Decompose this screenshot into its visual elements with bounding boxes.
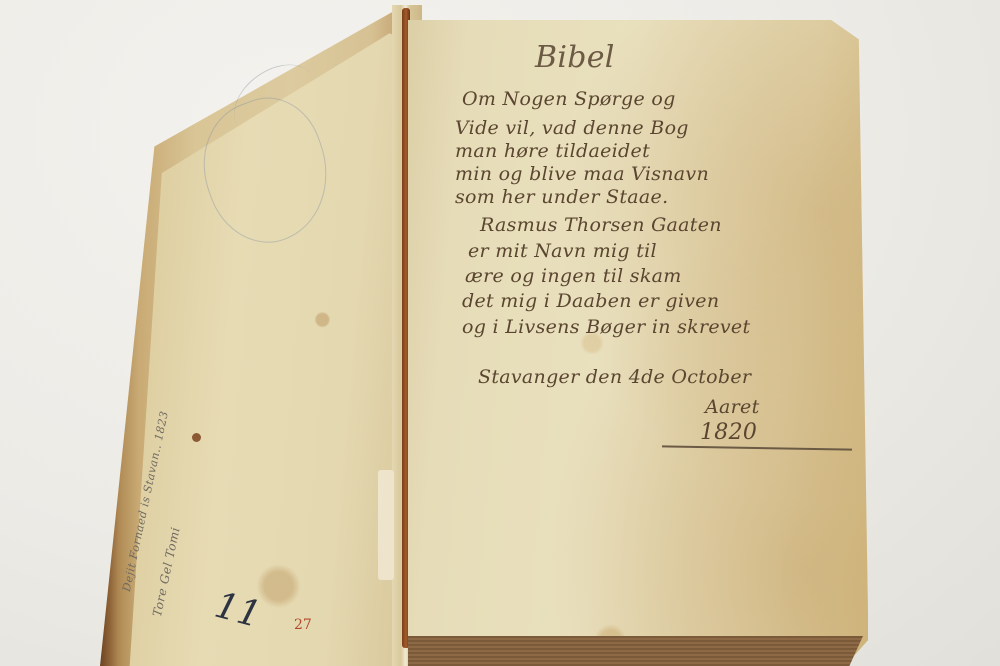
stain-spot [192,433,201,442]
inscription-line: Vide vil, vad denne Bog [455,117,689,139]
red-pencil-number: 27 [294,617,312,633]
inscription-line: Rasmus Thorsen Gaaten [480,214,722,236]
inscription-line: som her under Staae. [455,186,668,208]
inscription-line: det mig i Daaben er given [462,290,719,312]
inscription-line: min og blive maa Visnavn [455,163,709,185]
inscription-line: ære og ingen til skam [465,265,682,287]
repair-tape [378,470,394,580]
inscription-title: Bibel [535,40,615,75]
inscription-line: man høre tildaeidet [455,140,650,162]
inscription-line: Aaret [705,396,760,418]
page-edges [408,636,863,666]
book-photo: Dejit Fornaed is Stavan.. 1823 Tore Gel … [0,0,1000,666]
inscription-line: er mit Navn mig til [468,240,657,262]
inscription-line: og i Livsens Bøger in skrevet [462,316,750,338]
inscription-line: Om Nogen Spørge og [462,88,676,110]
inscription-year: 1820 [700,420,757,445]
inscription-line: Stavanger den 4de October [478,366,751,388]
